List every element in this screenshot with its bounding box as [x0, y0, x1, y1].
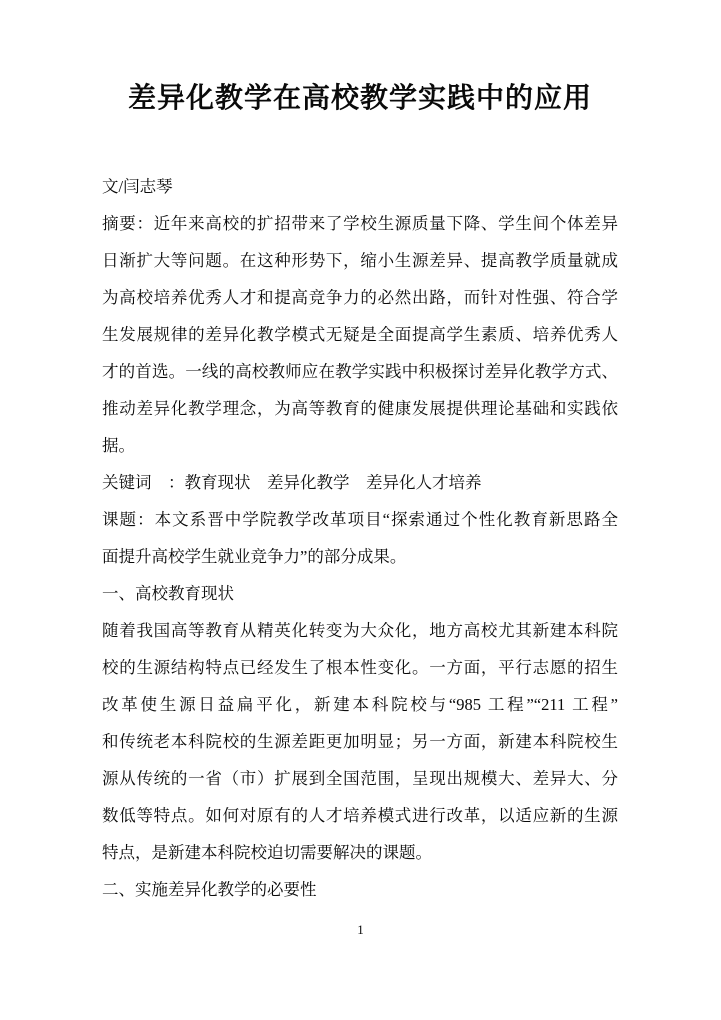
text-line: 和传统老本科院校的生源差距更加明显；另一方面，新建本科院校生	[102, 723, 618, 760]
text-line: 生发展规律的差异化教学模式无疑是全面提高学生素质、培养优秀人	[102, 316, 618, 353]
text-line: 特点，是新建本科院校迫切需要解决的课题。	[102, 834, 618, 871]
text-line: 推动差异化教学理念，为高等教育的健康发展提供理论基础和实践依	[102, 390, 618, 427]
text-line: 随着我国高等教育从精英化转变为大众化，地方高校尤其新建本科院	[102, 612, 618, 649]
text-line: 面提升高校学生就业竞争力”的部分成果。	[102, 538, 618, 575]
text-line: 课题：本文系晋中学院教学改革项目“探索通过个性化教育新思路全	[102, 501, 618, 538]
text-line: 据。	[102, 427, 618, 464]
text-line: 日渐扩大等问题。在这种形势下，缩小生源差异、提高教学质量就成	[102, 242, 618, 279]
document-body: 摘要：近年来高校的扩招带来了学校生源质量下降、学生间个体差异日渐扩大等问题。在这…	[102, 205, 618, 908]
page-number: 1	[0, 920, 721, 940]
text-line: 二、实施差异化教学的必要性	[102, 871, 618, 908]
text-line: 校的生源结构特点已经发生了根本性变化。一方面，平行志愿的招生	[102, 649, 618, 686]
text-line: 关键词 ：教育现状 差异化教学 差异化人才培养	[102, 464, 618, 501]
document-title: 差异化教学在高校教学实践中的应用	[102, 78, 618, 120]
text-line: 一、高校教育现状	[102, 575, 618, 612]
text-line: 才的首选。一线的高校教师应在教学实践中积极探讨差异化教学方式、	[102, 353, 618, 390]
text-line: 为高校培养优秀人才和提高竞争力的必然出路，而针对性强、符合学	[102, 279, 618, 316]
document-page: 差异化教学在高校教学实践中的应用 文/闫志琴 摘要：近年来高校的扩招带来了学校生…	[0, 0, 721, 1020]
text-line: 数低等特点。如何对原有的人才培养模式进行改革，以适应新的生源	[102, 797, 618, 834]
text-line: 源从传统的一省（市）扩展到全国范围，呈现出规模大、差异大、分	[102, 760, 618, 797]
author-byline: 文/闫志琴	[102, 168, 618, 205]
text-line: 改革使生源日益扁平化，新建本科院校与“985 工程”“211 工程”	[102, 686, 618, 723]
text-line: 摘要：近年来高校的扩招带来了学校生源质量下降、学生间个体差异	[102, 205, 618, 242]
